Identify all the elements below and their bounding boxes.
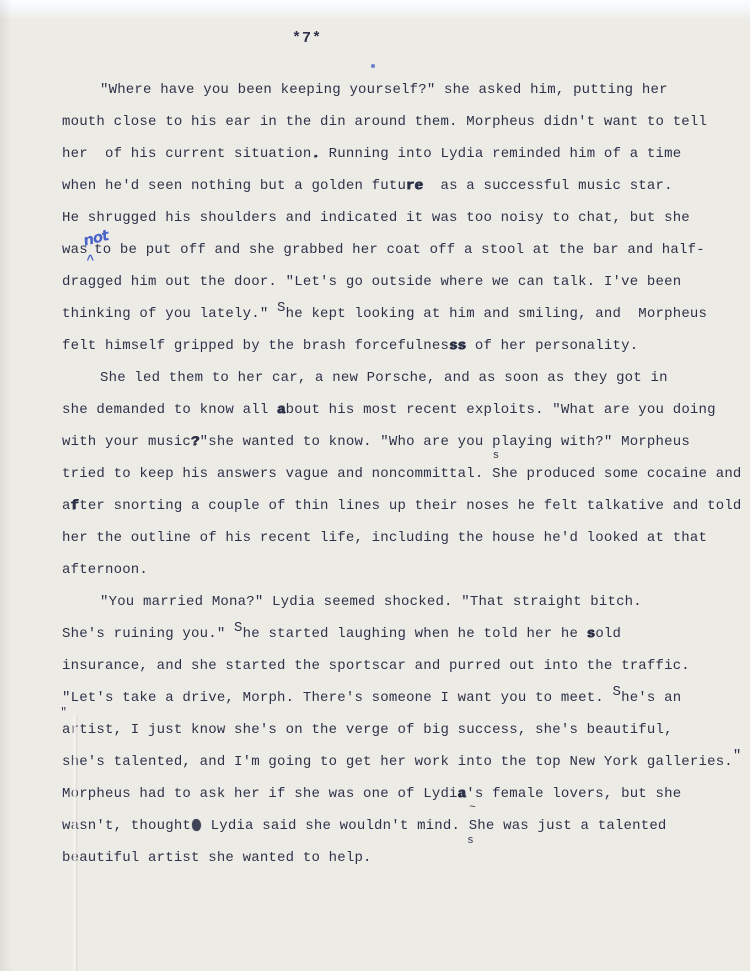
text-segment: insurance, and she started the sportscar…	[62, 658, 690, 674]
text-segment: 's female lovers, but she	[466, 786, 681, 802]
text-segment: he started laughing when he told her he	[243, 626, 587, 642]
overstruck-text: a	[277, 402, 286, 418]
text-line: wasnot^to be put off and she grabbed her…	[62, 234, 722, 266]
text-line: her of his current situation. Running in…	[62, 138, 722, 170]
text-line: She led them to her car, a new Porsche, …	[62, 362, 722, 394]
scan-edge-shadow	[0, 0, 12, 971]
overstruck-text: .	[311, 146, 320, 162]
text-line: wasn't, thought Lydia said she wouldn't …	[62, 810, 722, 842]
manuscript-page: *7* "Where have you been keeping yoursel…	[0, 0, 750, 971]
text-line: with your music?"she wanted to know. "Wh…	[62, 426, 722, 458]
text-segment: ter snorting a couple of thin lines up t…	[79, 498, 741, 514]
text-line: He shrugged his shoulders and indicated …	[62, 202, 722, 234]
text-segment: tried to keep his answers vague and nonc…	[62, 466, 492, 482]
overstruck-text: a	[458, 786, 467, 802]
text-segment: he's an	[621, 690, 681, 706]
text-segment: her the outline of his recent life, incl…	[62, 530, 707, 546]
overtyped-character: ""	[62, 682, 71, 714]
text-line: she's talented, and I'm going to get her…	[62, 746, 722, 778]
text-line: after snorting a couple of thin lines up…	[62, 490, 722, 522]
text-segment: Lydia said she wouldn't mind.	[202, 818, 469, 834]
text-line: dragged him out the door. "Let's go outs…	[62, 266, 722, 298]
text-line: She's ruining you." She started laughing…	[62, 618, 722, 650]
text-segment: he was just a talented	[477, 818, 666, 834]
text-segment: mouth close to his ear in the din around…	[62, 114, 707, 130]
text-segment: of her personality.	[466, 338, 638, 354]
text-line: ""Let's take a drive, Morph. There's som…	[62, 682, 722, 714]
text-segment: beautiful artist she wanted to help.	[62, 850, 372, 866]
ink-dot	[371, 64, 375, 68]
text-segment: she demanded to know all	[62, 402, 277, 418]
scan-edge-highlight	[0, 0, 750, 20]
text-line: "Where have you been keeping yourself?" …	[62, 74, 722, 106]
text-segment: she's talented, and I'm going to get her…	[62, 754, 733, 770]
text-segment: felt himself gripped by the brash forcef…	[62, 338, 449, 354]
page-number: *7*	[0, 30, 682, 47]
handwritten-insertion: not^	[88, 239, 94, 253]
text-segment: old	[595, 626, 621, 642]
text-segment: her of his current situation	[62, 146, 311, 162]
text-segment: "she wanted to know. "Who are you playin…	[200, 434, 690, 450]
text-segment: when he'd seen nothing but a golden futu	[62, 178, 406, 194]
text-segment: afternoon.	[62, 562, 148, 578]
overstruck-text: ?	[191, 434, 200, 450]
text-line: mouth close to his ear in the din around…	[62, 106, 722, 138]
text-line: when he'd seen nothing but a golden futu…	[62, 170, 722, 202]
text-segment: thinking of you lately."	[62, 306, 277, 322]
text-line: she demanded to know all about his most …	[62, 394, 722, 426]
overstruck-text: re	[406, 178, 423, 194]
text-line: her the outline of his recent life, incl…	[62, 522, 722, 554]
text-segment: "Where have you been keeping yourself?" …	[100, 82, 668, 98]
text-segment: artist, I just know she's on the verge o…	[62, 722, 673, 738]
raised-character: S	[234, 620, 243, 636]
text-segment: She's ruining you."	[62, 626, 234, 642]
text-segment: "You married Mona?" Lydia seemed shocked…	[100, 594, 642, 610]
text-segment: Running into Lydia reminded him of a tim…	[320, 146, 681, 162]
text-segment: a	[62, 498, 71, 514]
text-segment: dragged him out the door. "Let's go outs…	[62, 274, 681, 290]
text-line: artist, I just know she's on the verge o…	[62, 714, 722, 746]
text-segment: bout his most recent exploits. "What are…	[286, 402, 716, 418]
text-line: tried to keep his answers vague and nonc…	[62, 458, 722, 490]
text-segment: to be put off and she grabbed her coat o…	[94, 242, 705, 258]
raised-character: "	[733, 748, 742, 764]
text-line: felt himself gripped by the brash forcef…	[62, 330, 722, 362]
text-segment: with your music	[62, 434, 191, 450]
overstruck-text: f	[71, 498, 80, 514]
overtyped-character: S~s	[469, 810, 478, 842]
typewritten-text: "Where have you been keeping yourself?" …	[62, 74, 722, 874]
raised-character: S	[613, 684, 622, 700]
text-segment: wasn't, thought	[62, 818, 191, 834]
ink-blot	[192, 819, 201, 831]
text-line: insurance, and she started the sportscar…	[62, 650, 722, 682]
text-line: Morpheus had to ask her if she was one o…	[62, 778, 722, 810]
raised-character: S	[277, 300, 286, 316]
text-segment: Let's take a drive, Morph. There's someo…	[71, 690, 613, 706]
text-line: "You married Mona?" Lydia seemed shocked…	[62, 586, 722, 618]
text-segment: Morpheus had to ask her if she was one o…	[62, 786, 458, 802]
text-segment: She led them to her car, a new Porsche, …	[100, 370, 668, 386]
text-line: beautiful artist she wanted to help.	[62, 842, 722, 874]
text-line: thinking of you lately." She kept lookin…	[62, 298, 722, 330]
overtyped-character: Ss	[492, 458, 501, 490]
text-segment: as a successful music star.	[423, 178, 672, 194]
text-segment: he kept looking at him and smiling, and …	[286, 306, 707, 322]
text-segment: he produced some cocaine and	[501, 466, 742, 482]
text-line: afternoon.	[62, 554, 722, 586]
overstruck-text: ss	[449, 338, 466, 354]
text-segment: He shrugged his shoulders and indicated …	[62, 210, 690, 226]
